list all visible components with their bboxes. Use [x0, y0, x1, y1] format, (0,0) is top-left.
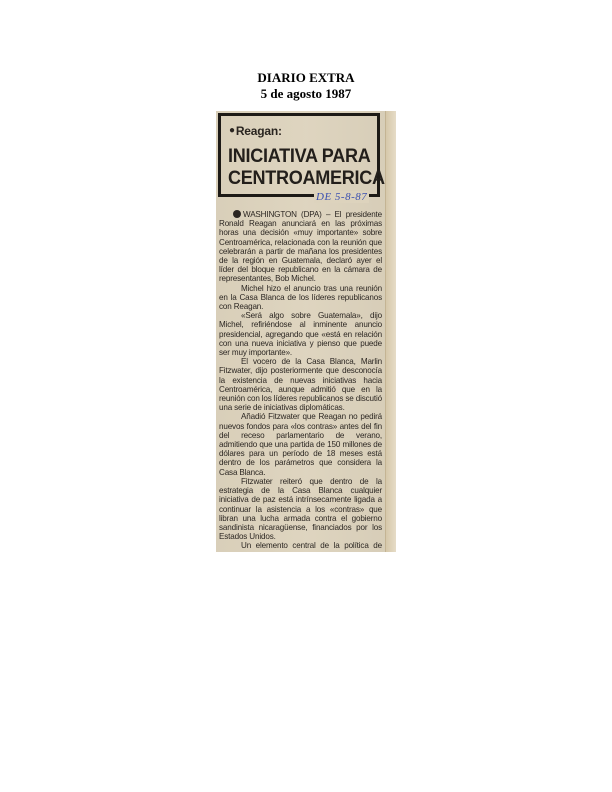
headline-line-1: INICIATIVA PARA [228, 146, 385, 168]
headline-box: ●Reagan: INICIATIVA PARA CENTROAMERICA [218, 113, 380, 197]
article-paragraph: Michel hizo el anuncio tras una reunión … [219, 284, 382, 312]
article-paragraph: Un elemento central de la política de Re… [219, 541, 382, 552]
bullet-icon: ● [229, 125, 235, 136]
kicker: ●Reagan: [229, 124, 282, 138]
article-paragraph: WASHINGTON (DPA) – El presidente Ronald … [219, 210, 382, 284]
article-paragraph: Fitzwater reiteró que dentro de la estra… [219, 477, 382, 541]
headline-line-2: CENTROAMERICA [228, 168, 385, 190]
article-body: WASHINGTON (DPA) – El presidente Ronald … [219, 210, 382, 552]
article-paragraph: El vocero de la Casa Blanca, Marlin Fitz… [219, 357, 382, 412]
handwritten-date-annotation: DE 5-8-87 [314, 191, 369, 203]
article-paragraph: Añadió Fitzwater que Reagan no pedirá nu… [219, 412, 382, 476]
article-paragraph: «Será algo sobre Guatemala», dijo Michel… [219, 311, 382, 357]
paper-fold-edge [385, 111, 396, 552]
newspaper-clipping: ●Reagan: INICIATIVA PARA CENTROAMERICA D… [216, 111, 396, 552]
page-header: DIARIO EXTRA 5 de agosto 1987 [0, 70, 612, 102]
headline: INICIATIVA PARA CENTROAMERICA [228, 146, 385, 190]
publication-date: 5 de agosto 1987 [0, 86, 612, 102]
bullet-icon [233, 210, 241, 218]
publication-name: DIARIO EXTRA [0, 70, 612, 86]
kicker-text: Reagan: [236, 124, 282, 138]
